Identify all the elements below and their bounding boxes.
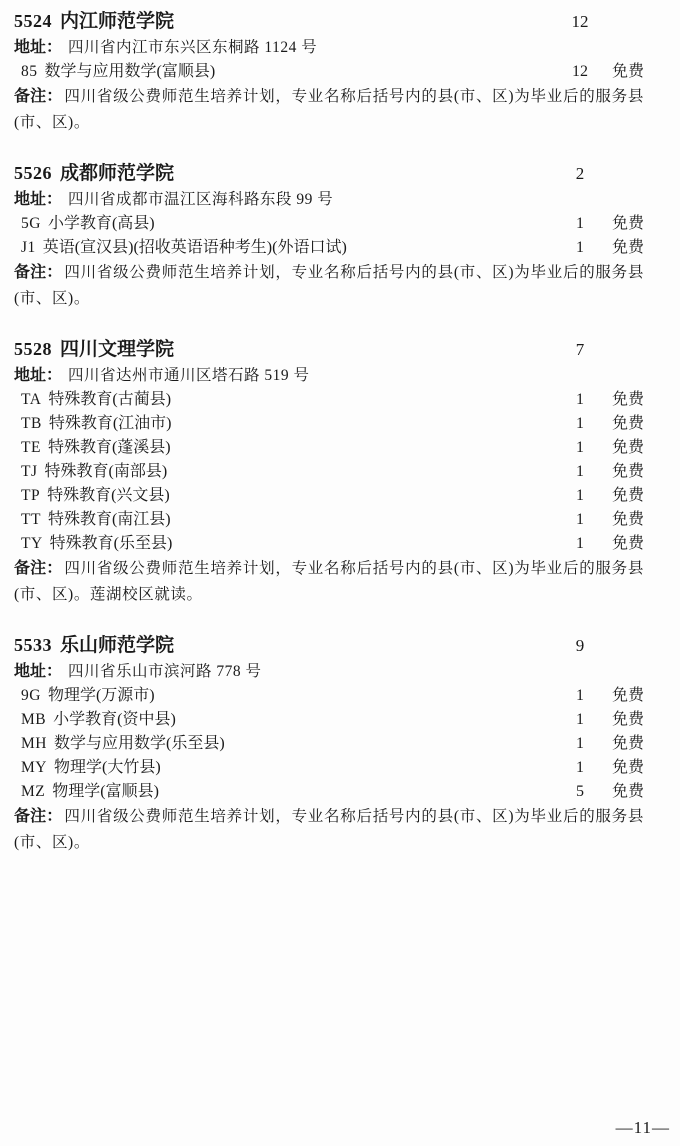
- major-name: 特殊教育(南江县): [48, 511, 171, 528]
- address-text: 四川省成都市温江区海科路东段 99 号: [68, 191, 333, 208]
- college-name: 成都师范学院: [60, 163, 174, 184]
- address-label: 地址：: [14, 367, 62, 384]
- college-header: 5524内江师范学院 12: [14, 8, 644, 36]
- major-row: TP特殊教育(兴文县) 1 免费: [14, 484, 644, 508]
- major-title: TJ特殊教育(南部县): [21, 460, 562, 484]
- college-block: 5524内江师范学院 12 地址：四川省内江市东兴区东桐路 1124 号 85数…: [14, 8, 644, 136]
- college-code: 5533: [14, 635, 52, 655]
- major-code: TY: [21, 535, 43, 552]
- major-fee: 免费: [612, 756, 644, 780]
- major-code: TB: [21, 415, 42, 432]
- major-row: MZ物理学(富顺县) 5 免费: [14, 780, 644, 804]
- note-text: 四川省级公费师范生培养计划，专业名称后括号内的县(市、区)为毕业后的服务县(市、…: [14, 808, 644, 851]
- college-note: 备注：四川省级公费师范生培养计划，专业名称后括号内的县(市、区)为毕业后的服务县…: [14, 556, 644, 608]
- major-row: TJ特殊教育(南部县) 1 免费: [14, 460, 644, 484]
- major-row: TY特殊教育(乐至县) 1 免费: [14, 532, 644, 556]
- major-code: MZ: [21, 783, 45, 800]
- document-page: 5524内江师范学院 12 地址：四川省内江市东兴区东桐路 1124 号 85数…: [0, 0, 680, 1146]
- major-name: 特殊教育(南部县): [45, 463, 168, 480]
- college-note: 备注：四川省级公费师范生培养计划，专业名称后括号内的县(市、区)为毕业后的服务县…: [14, 260, 644, 312]
- major-count: 1: [562, 436, 598, 460]
- major-fee: 免费: [612, 388, 644, 412]
- majors-list: TA特殊教育(古蔺县) 1 免费 TB特殊教育(江油市) 1 免费 TE特殊教育…: [14, 388, 644, 556]
- college-header: 5528四川文理学院 7: [14, 336, 644, 364]
- note-label: 备注：: [14, 560, 62, 577]
- major-code: MB: [21, 711, 46, 728]
- major-fee: 免费: [612, 508, 644, 532]
- note-text: 四川省级公费师范生培养计划，专业名称后括号内的县(市、区)为毕业后的服务县(市、…: [14, 560, 644, 603]
- major-name: 数学与应用数学(乐至县): [54, 735, 225, 752]
- college-header: 5533乐山师范学院 9: [14, 632, 644, 660]
- major-fee: 免费: [612, 780, 644, 804]
- major-fee: 免费: [612, 732, 644, 756]
- major-count: 1: [562, 388, 598, 412]
- major-fee: 免费: [612, 708, 644, 732]
- major-title: TE特殊教育(蓬溪县): [21, 436, 562, 460]
- note-text: 四川省级公费师范生培养计划，专业名称后括号内的县(市、区)为毕业后的服务县(市、…: [14, 88, 644, 131]
- major-name: 物理学(万源市): [48, 687, 155, 704]
- major-name: 特殊教育(乐至县): [50, 535, 173, 552]
- note-label: 备注：: [14, 808, 62, 825]
- major-count: 1: [562, 756, 598, 780]
- major-count: 1: [562, 532, 598, 556]
- major-fee: 免费: [612, 436, 644, 460]
- major-title: MY物理学(大竹县): [21, 756, 562, 780]
- major-name: 数学与应用数学(富顺县): [45, 63, 216, 80]
- major-row: TA特殊教育(古蔺县) 1 免费: [14, 388, 644, 412]
- major-count: 1: [562, 236, 598, 260]
- college-address-row: 地址：四川省乐山市滨河路 778 号: [14, 660, 644, 684]
- college-note: 备注：四川省级公费师范生培养计划，专业名称后括号内的县(市、区)为毕业后的服务县…: [14, 84, 644, 136]
- major-row: MB小学教育(资中县) 1 免费: [14, 708, 644, 732]
- major-count: 1: [562, 708, 598, 732]
- major-fee: 免费: [612, 412, 644, 436]
- major-title: J1英语(宣汉县)(招收英语语种考生)(外语口试): [21, 236, 562, 260]
- major-code: J1: [21, 239, 36, 256]
- major-code: MH: [21, 735, 47, 752]
- major-row: 85数学与应用数学(富顺县) 12 免费: [14, 60, 644, 84]
- major-row: TB特殊教育(江油市) 1 免费: [14, 412, 644, 436]
- college-name: 四川文理学院: [60, 339, 174, 360]
- college-address-row: 地址：四川省达州市通川区塔石路 519 号: [14, 364, 644, 388]
- note-label: 备注：: [14, 264, 62, 281]
- majors-list: 9G物理学(万源市) 1 免费 MB小学教育(资中县) 1 免费 MH数学与应用…: [14, 684, 644, 804]
- major-row: 5G小学教育(高县) 1 免费: [14, 212, 644, 236]
- major-count: 1: [562, 412, 598, 436]
- major-fee: 免费: [612, 484, 644, 508]
- major-title: TT特殊教育(南江县): [21, 508, 562, 532]
- college-name: 内江师范学院: [60, 11, 174, 32]
- college-code: 5526: [14, 163, 52, 183]
- address-label: 地址：: [14, 191, 62, 208]
- college-block: 5533乐山师范学院 9 地址：四川省乐山市滨河路 778 号 9G物理学(万源…: [14, 632, 644, 856]
- college-code: 5528: [14, 339, 52, 359]
- major-name: 特殊教育(江油市): [49, 415, 172, 432]
- note-text: 四川省级公费师范生培养计划，专业名称后括号内的县(市、区)为毕业后的服务县(市、…: [14, 264, 644, 307]
- college-plan-total: 12: [562, 9, 598, 35]
- major-title: MB小学教育(资中县): [21, 708, 562, 732]
- college-title: 5528四川文理学院: [14, 336, 562, 364]
- note-label: 备注：: [14, 88, 62, 105]
- major-code: MY: [21, 759, 47, 776]
- major-count: 1: [562, 508, 598, 532]
- major-fee: 免费: [612, 460, 644, 484]
- majors-list: 5G小学教育(高县) 1 免费 J1英语(宣汉县)(招收英语语种考生)(外语口试…: [14, 212, 644, 260]
- college-plan-total: 2: [562, 161, 598, 187]
- major-row: 9G物理学(万源市) 1 免费: [14, 684, 644, 708]
- major-code: TP: [21, 487, 40, 504]
- major-fee: 免费: [612, 212, 644, 236]
- college-address-row: 地址：四川省内江市东兴区东桐路 1124 号: [14, 36, 644, 60]
- major-title: TA特殊教育(古蔺县): [21, 388, 562, 412]
- college-title: 5526成都师范学院: [14, 160, 562, 188]
- major-count: 1: [562, 460, 598, 484]
- major-title: MH数学与应用数学(乐至县): [21, 732, 562, 756]
- major-count: 12: [562, 60, 598, 84]
- major-count: 1: [562, 212, 598, 236]
- major-count: 5: [562, 780, 598, 804]
- major-row: MY物理学(大竹县) 1 免费: [14, 756, 644, 780]
- college-name: 乐山师范学院: [60, 635, 174, 656]
- major-name: 特殊教育(古蔺县): [48, 391, 171, 408]
- majors-list: 85数学与应用数学(富顺县) 12 免费: [14, 60, 644, 84]
- page-number: —11—: [616, 1118, 670, 1138]
- major-title: TP特殊教育(兴文县): [21, 484, 562, 508]
- major-name: 物理学(富顺县): [52, 783, 159, 800]
- college-plan-total: 7: [562, 337, 598, 363]
- major-row: J1英语(宣汉县)(招收英语语种考生)(外语口试) 1 免费: [14, 236, 644, 260]
- major-title: 9G物理学(万源市): [21, 684, 562, 708]
- college-list: 5524内江师范学院 12 地址：四川省内江市东兴区东桐路 1124 号 85数…: [14, 8, 644, 880]
- major-row: MH数学与应用数学(乐至县) 1 免费: [14, 732, 644, 756]
- college-header: 5526成都师范学院 2: [14, 160, 644, 188]
- major-row: TT特殊教育(南江县) 1 免费: [14, 508, 644, 532]
- address-label: 地址：: [14, 39, 62, 56]
- major-title: MZ物理学(富顺县): [21, 780, 562, 804]
- major-title: 5G小学教育(高县): [21, 212, 562, 236]
- major-fee: 免费: [612, 684, 644, 708]
- major-name: 物理学(大竹县): [54, 759, 161, 776]
- major-name: 英语(宣汉县)(招收英语语种考生)(外语口试): [43, 239, 347, 256]
- major-name: 特殊教育(蓬溪县): [48, 439, 171, 456]
- major-code: TJ: [21, 463, 38, 480]
- major-count: 1: [562, 484, 598, 508]
- major-row: TE特殊教育(蓬溪县) 1 免费: [14, 436, 644, 460]
- major-count: 1: [562, 732, 598, 756]
- major-code: 85: [21, 63, 38, 80]
- college-plan-total: 9: [562, 633, 598, 659]
- major-count: 1: [562, 684, 598, 708]
- major-code: 9G: [21, 687, 41, 704]
- college-code: 5524: [14, 11, 52, 31]
- college-title: 5533乐山师范学院: [14, 632, 562, 660]
- major-fee: 免费: [612, 236, 644, 260]
- college-block: 5526成都师范学院 2 地址：四川省成都市温江区海科路东段 99 号 5G小学…: [14, 160, 644, 312]
- address-text: 四川省内江市东兴区东桐路 1124 号: [68, 39, 317, 56]
- major-fee: 免费: [612, 60, 644, 84]
- address-text: 四川省乐山市滨河路 778 号: [68, 663, 262, 680]
- major-code: TE: [21, 439, 41, 456]
- college-note: 备注：四川省级公费师范生培养计划，专业名称后括号内的县(市、区)为毕业后的服务县…: [14, 804, 644, 856]
- major-name: 小学教育(资中县): [53, 711, 176, 728]
- college-address-row: 地址：四川省成都市温江区海科路东段 99 号: [14, 188, 644, 212]
- major-code: 5G: [21, 215, 41, 232]
- major-name: 特殊教育(兴文县): [47, 487, 170, 504]
- major-title: 85数学与应用数学(富顺县): [21, 60, 562, 84]
- major-fee: 免费: [612, 532, 644, 556]
- college-title: 5524内江师范学院: [14, 8, 562, 36]
- major-title: TY特殊教育(乐至县): [21, 532, 562, 556]
- address-text: 四川省达州市通川区塔石路 519 号: [68, 367, 310, 384]
- college-block: 5528四川文理学院 7 地址：四川省达州市通川区塔石路 519 号 TA特殊教…: [14, 336, 644, 608]
- major-code: TT: [21, 511, 41, 528]
- address-label: 地址：: [14, 663, 62, 680]
- major-title: TB特殊教育(江油市): [21, 412, 562, 436]
- major-name: 小学教育(高县): [48, 215, 155, 232]
- major-code: TA: [21, 391, 41, 408]
